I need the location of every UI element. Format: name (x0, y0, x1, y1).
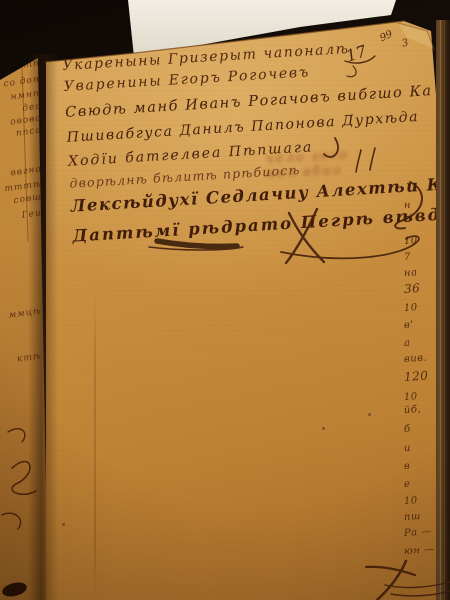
gutter-shadow (28, 54, 58, 600)
paper-speck (368, 413, 371, 416)
fore-edge-streak (444, 20, 445, 600)
main-page: Укареныны Гризерыт чапоналѣ Уваренины Ег… (0, 0, 450, 600)
crease (94, 290, 96, 600)
paper-speck (322, 427, 325, 430)
book-fore-edge (436, 20, 450, 600)
fore-edge-streak (440, 20, 441, 600)
ink-blot (1, 580, 28, 599)
manuscript-photo: Реи лютѣ со доѣ нмнѣ део овова ппса ввгн… (0, 0, 450, 600)
paper-speck (62, 523, 65, 526)
